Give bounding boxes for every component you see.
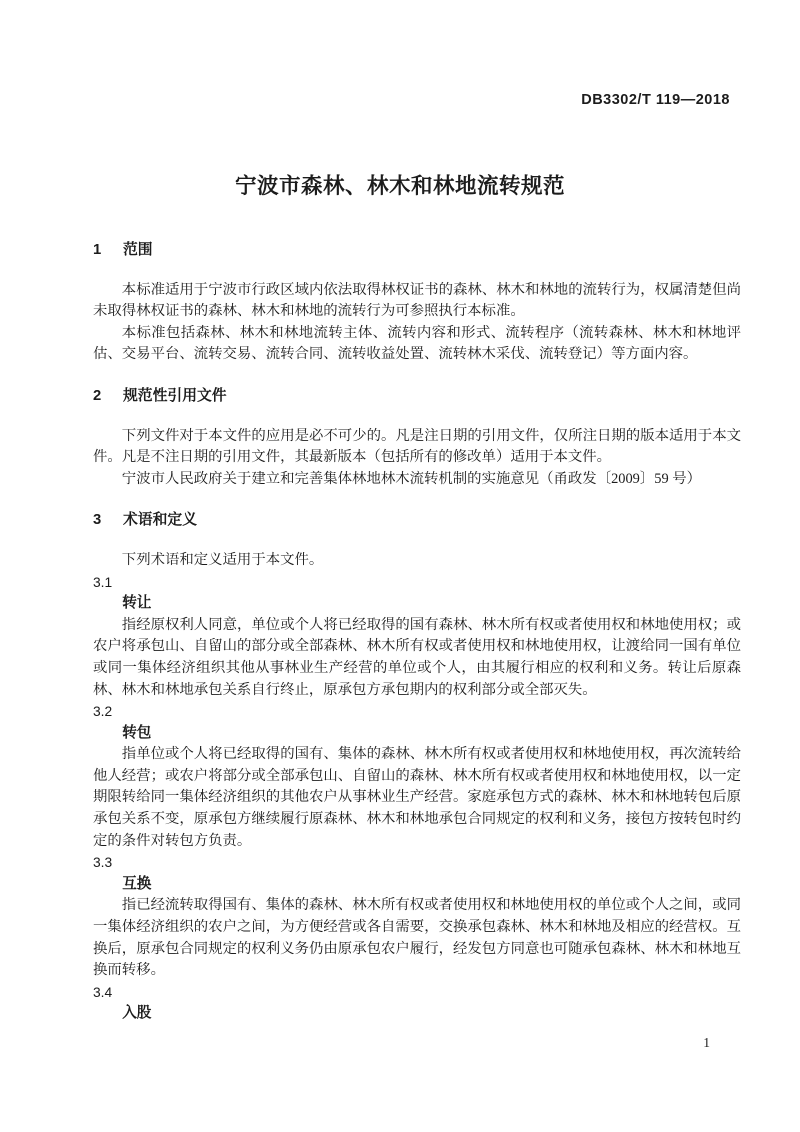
paragraph: 下列文件对于本文件的应用是必不可少的。凡是注日期的引用文件，仅所注日期的版本适用… bbox=[93, 426, 741, 469]
term-definition: 指经原权利人同意，单位或个人将已经取得的国有森林、林木所有权或者使用权和林地使用… bbox=[93, 615, 741, 701]
section-number: 3 bbox=[93, 510, 123, 532]
standard-code: DB3302/T 119—2018 bbox=[581, 92, 730, 108]
document-body: 1范围 本标准适用于宁波市行政区域内依法取得林权证书的森林、林木和林地的流转行为… bbox=[93, 240, 741, 1025]
document-page: DB3302/T 119—2018 宁波市森林、林木和林地流转规范 1范围 本标… bbox=[0, 0, 800, 1132]
term-name: 转让 bbox=[93, 593, 741, 615]
term-name: 互换 bbox=[93, 874, 741, 896]
page-number: 1 bbox=[703, 1035, 710, 1051]
term-number: 3.1 bbox=[93, 572, 741, 594]
section-number: 2 bbox=[93, 386, 123, 408]
term-number: 3.3 bbox=[93, 852, 741, 874]
section-heading-terms: 3术语和定义 bbox=[93, 510, 741, 532]
term-number: 3.4 bbox=[93, 982, 741, 1004]
section-title: 术语和定义 bbox=[123, 512, 197, 528]
term-name: 转包 bbox=[93, 723, 741, 745]
section-title: 规范性引用文件 bbox=[123, 388, 227, 404]
term-number: 3.2 bbox=[93, 701, 741, 723]
paragraph: 宁波市人民政府关于建立和完善集体林地林木流转机制的实施意见（甬政发〔2009〕5… bbox=[93, 469, 741, 491]
section-heading-references: 2规范性引用文件 bbox=[93, 386, 741, 408]
term-definition: 指已经流转取得国有、集体的森林、林木所有权或者使用权和林地使用权的单位或个人之间… bbox=[93, 895, 741, 981]
term-definition: 指单位或个人将已经取得的国有、集体的森林、林木所有权或者使用权和林地使用权，再次… bbox=[93, 744, 741, 852]
section-title: 范围 bbox=[123, 242, 153, 258]
term-name: 入股 bbox=[93, 1003, 741, 1025]
terms-intro: 下列术语和定义适用于本文件。 bbox=[93, 550, 741, 572]
section-number: 1 bbox=[93, 240, 123, 262]
paragraph: 本标准包括森林、林木和林地流转主体、流转内容和形式、流转程序（流转森林、林木和林… bbox=[93, 323, 741, 366]
paragraph: 本标准适用于宁波市行政区域内依法取得林权证书的森林、林木和林地的流转行为，权属清… bbox=[93, 280, 741, 323]
document-title: 宁波市森林、林木和林地流转规范 bbox=[0, 169, 800, 200]
section-heading-scope: 1范围 bbox=[93, 240, 741, 262]
